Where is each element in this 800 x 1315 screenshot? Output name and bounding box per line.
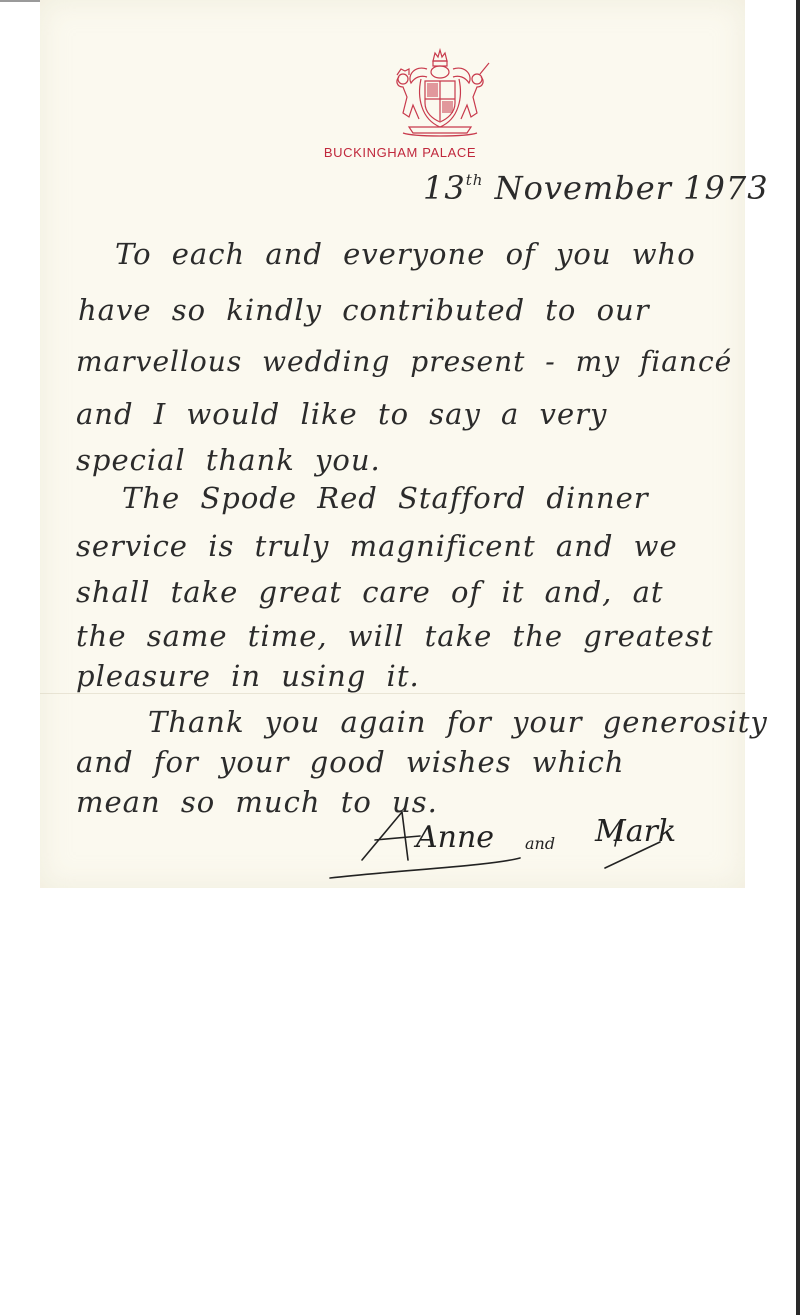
letter-line: shall take great care of it and, at [76,578,664,607]
signature-conjunction: and [525,834,555,853]
scan-edge-right [796,0,800,1315]
letter-line: pleasure in using it. [76,662,420,691]
letter-line: To each and everyone of you who [115,240,696,269]
letterhead-title: BUCKINGHAM PALACE [260,145,540,160]
scan-edge-top [0,0,40,2]
letter-line: Thank you again for your generosity [148,708,768,737]
letter-date: 13th November 1973 [423,172,769,204]
date-month-year: November 1973 [495,169,769,207]
letter-line: service is truly magnificent and we [76,532,678,561]
date-day: 13 [423,169,466,207]
letter-paper: BUCKINGHAM PALACE 13th November 1973 To … [40,0,745,888]
letter-line: The Spode Red Stafford dinner [122,484,649,513]
letter-line: marvellous wedding present - my fiancé [76,348,732,376]
signature-name-1: Anne [416,820,494,855]
letter-line: have so kindly contributed to our [78,296,650,325]
signature: Anne and Mark [320,800,700,880]
paper-fold-line [40,693,745,694]
letter-line: and for your good wishes which [76,748,625,777]
signature-name-2: Mark [595,814,676,849]
date-suffix: th [466,171,484,189]
letter-line: the same time, will take the greatest [76,622,714,651]
letter-line: and I would like to say a very [76,400,607,429]
letter-line: special thank you. [76,446,381,475]
royal-crest-icon [385,47,495,139]
